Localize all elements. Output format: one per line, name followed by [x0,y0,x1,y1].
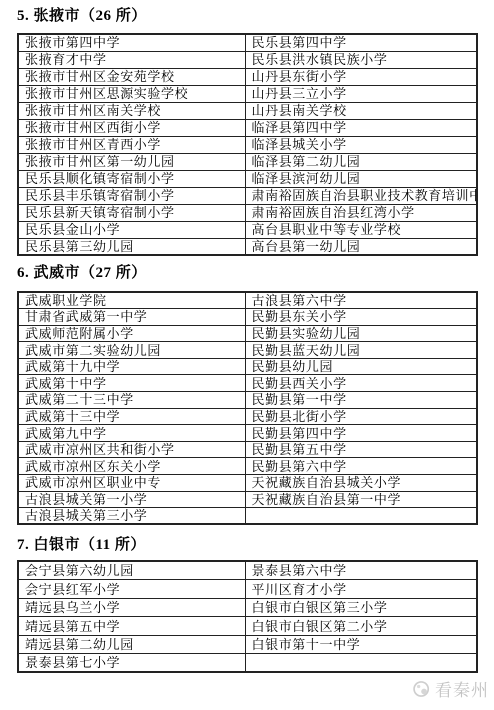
school-cell: 景泰县第六中学 [245,561,477,580]
school-cell: 古浪县第六中学 [245,292,477,309]
document-page: 5. 张掖市（26 所） 张掖市第四中学民乐县第四中学 张掖育才中学民乐县洪水镇… [0,0,494,710]
school-cell: 靖远县第五中学 [18,617,245,636]
watermark: 看秦州 [412,676,489,701]
school-cell: 白银市第十一中学 [245,635,477,654]
school-cell: 民勤县东关小学 [245,309,477,326]
table-row: 张掖市甘州区南关学校山丹县南关学校 [18,102,477,119]
school-cell-empty [245,654,477,673]
section-title-baiyin: 7. 白银市（11 所） [0,536,494,554]
table-row: 张掖市甘州区思源实验学校山丹县三立小学 [18,85,477,102]
school-cell: 张掖市甘州区金安苑学校 [18,68,245,85]
school-cell: 武威师范附属小学 [18,325,245,342]
table-row: 武威第十中学民勤县西关小学 [18,375,477,392]
school-cell: 民乐县第三幼儿园 [18,238,245,255]
school-cell: 临泽县第二幼儿园 [245,153,477,170]
school-cell: 民乐县金山小学 [18,221,245,238]
school-cell: 高台县第一幼儿园 [245,238,477,255]
school-cell: 靖远县第二幼儿园 [18,635,245,654]
school-cell: 肃南裕固族自治县职业技术教育培训中心 [245,187,477,204]
table-row: 张掖市甘州区第一幼儿园临泽县第二幼儿园 [18,153,477,170]
school-table-baiyin: 会宁县第六幼儿园景泰县第六中学 会宁县红军小学平川区育才小学 靖远县乌兰小学白银… [17,560,478,673]
table-row: 武威第二十三中学民勤县第一中学 [18,392,477,409]
section-title-zhangye: 5. 张掖市（26 所） [0,0,494,25]
table-row: 民乐县新天镇寄宿制小学肃南裕固族自治县红湾小学 [18,204,477,221]
school-cell: 白银市白银区第三小学 [245,598,477,617]
school-cell: 山丹县东街小学 [245,68,477,85]
table-row: 武威第十九中学民勤县幼儿园 [18,358,477,375]
school-cell: 民勤县第一中学 [245,392,477,409]
section-title-wuwei: 6. 武威市（27 所） [0,264,494,282]
school-cell: 武威职业学院 [18,292,245,309]
school-cell: 临泽县第四中学 [245,119,477,136]
table-row: 民乐县第三幼儿园高台县第一幼儿园 [18,238,477,255]
school-cell: 武威第九中学 [18,425,245,442]
table-row: 甘肃省武威第一中学民勤县东关小学 [18,309,477,326]
table-row: 民乐县丰乐镇寄宿制小学肃南裕固族自治县职业技术教育培训中心 [18,187,477,204]
table-row: 古浪县城关第三小学 [18,508,477,525]
school-cell: 会宁县红军小学 [18,580,245,599]
school-cell: 古浪县城关第三小学 [18,508,245,525]
school-cell-empty [245,508,477,525]
school-cell: 民勤县北街小学 [245,408,477,425]
school-cell: 武威市凉州区共和街小学 [18,441,245,458]
school-table-zhangye: 张掖市第四中学民乐县第四中学 张掖育才中学民乐县洪水镇民族小学 张掖市甘州区金安… [17,33,478,256]
school-cell: 张掖市甘州区青西小学 [18,136,245,153]
school-cell: 民乐县第四中学 [245,34,477,51]
school-cell: 靖远县乌兰小学 [18,598,245,617]
table-row: 武威市第二实验幼儿园民勤县蓝天幼儿园 [18,342,477,359]
table-row: 靖远县第二幼儿园白银市第十一中学 [18,635,477,654]
school-cell: 临泽县城关小学 [245,136,477,153]
school-cell: 张掖市甘州区思源实验学校 [18,85,245,102]
school-cell: 武威市凉州区东关小学 [18,458,245,475]
school-cell: 白银市白银区第二小学 [245,617,477,636]
school-cell: 肃南裕固族自治县红湾小学 [245,204,477,221]
table-row: 武威市凉州区东关小学民勤县第六中学 [18,458,477,475]
school-cell: 山丹县三立小学 [245,85,477,102]
table-row: 张掖市甘州区金安苑学校山丹县东街小学 [18,68,477,85]
table-row: 张掖市第四中学民乐县第四中学 [18,34,477,51]
school-cell: 张掖市甘州区南关学校 [18,102,245,119]
school-cell: 民勤县蓝天幼儿园 [245,342,477,359]
school-cell: 武威第十三中学 [18,408,245,425]
table-row: 武威市凉州区共和街小学民勤县第五中学 [18,441,477,458]
table-row: 民乐县金山小学高台县职业中等专业学校 [18,221,477,238]
table-row: 武威第十三中学民勤县北街小学 [18,408,477,425]
school-cell: 甘肃省武威第一中学 [18,309,245,326]
school-cell: 民勤县第六中学 [245,458,477,475]
table-row: 景泰县第七小学 [18,654,477,673]
school-cell: 民乐县顺化镇寄宿制小学 [18,170,245,187]
school-cell: 民勤县实验幼儿园 [245,325,477,342]
school-cell: 张掖市甘州区西街小学 [18,119,245,136]
school-cell: 武威市第二实验幼儿园 [18,342,245,359]
table-row: 张掖市甘州区青西小学临泽县城关小学 [18,136,477,153]
table-row: 张掖市甘州区西街小学临泽县第四中学 [18,119,477,136]
school-cell: 武威第二十三中学 [18,392,245,409]
school-cell: 民乐县洪水镇民族小学 [245,51,477,68]
table-row: 会宁县红军小学平川区育才小学 [18,580,477,599]
school-cell: 山丹县南关学校 [245,102,477,119]
circle-badge-icon [412,679,432,699]
school-cell: 天祝藏族自治县城关小学 [245,475,477,492]
table-row: 武威职业学院古浪县第六中学 [18,292,477,309]
table-row: 武威第九中学民勤县第四中学 [18,425,477,442]
table-row: 民乐县顺化镇寄宿制小学临泽县滨河幼儿园 [18,170,477,187]
school-cell: 民乐县丰乐镇寄宿制小学 [18,187,245,204]
school-cell: 张掖育才中学 [18,51,245,68]
school-cell: 临泽县滨河幼儿园 [245,170,477,187]
school-cell: 武威第十九中学 [18,358,245,375]
school-cell: 古浪县城关第一小学 [18,491,245,508]
table-row: 武威师范附属小学民勤县实验幼儿园 [18,325,477,342]
table-row: 靖远县乌兰小学白银市白银区第三小学 [18,598,477,617]
table-row: 武威市凉州区职业中专天祝藏族自治县城关小学 [18,475,477,492]
table-row: 张掖育才中学民乐县洪水镇民族小学 [18,51,477,68]
watermark-text: 看秦州 [435,676,489,701]
school-cell: 会宁县第六幼儿园 [18,561,245,580]
school-cell: 民勤县幼儿园 [245,358,477,375]
school-cell: 民乐县新天镇寄宿制小学 [18,204,245,221]
school-cell: 天祝藏族自治县第一中学 [245,491,477,508]
table-row: 古浪县城关第一小学天祝藏族自治县第一中学 [18,491,477,508]
table-row: 靖远县第五中学白银市白银区第二小学 [18,617,477,636]
table-row: 会宁县第六幼儿园景泰县第六中学 [18,561,477,580]
school-table-wuwei: 武威职业学院古浪县第六中学 甘肃省武威第一中学民勤县东关小学 武威师范附属小学民… [17,291,478,525]
school-cell: 武威第十中学 [18,375,245,392]
school-cell: 民勤县第五中学 [245,441,477,458]
school-cell: 民勤县西关小学 [245,375,477,392]
school-cell: 张掖市第四中学 [18,34,245,51]
school-cell: 高台县职业中等专业学校 [245,221,477,238]
school-cell: 平川区育才小学 [245,580,477,599]
school-cell: 民勤县第四中学 [245,425,477,442]
school-cell: 武威市凉州区职业中专 [18,475,245,492]
school-cell: 景泰县第七小学 [18,654,245,673]
school-cell: 张掖市甘州区第一幼儿园 [18,153,245,170]
